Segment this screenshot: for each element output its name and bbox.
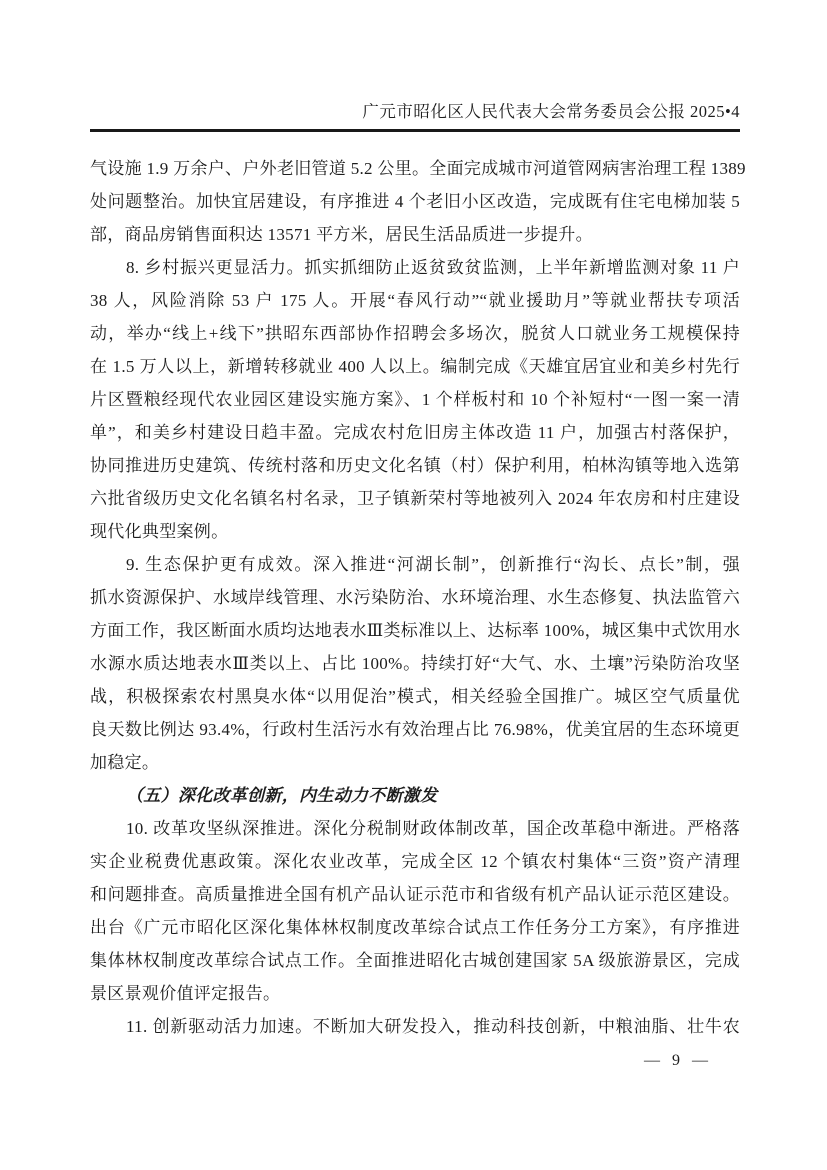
- document-body: 气设施 1.9 万余户、户外老旧管道 5.2 公里。全面完成城市河道管网病害治理…: [90, 152, 740, 1043]
- paragraph-line: 单”，和美乡村建设日趋丰盈。完成农村危旧房主体改造 11 户，加强古村落保护，: [90, 416, 740, 449]
- paragraph-line: 出台《广元市昭化区深化集体林权制度改革综合试点工作任务分工方案》，有序推进: [90, 911, 740, 944]
- paragraph-line: 集体林权制度改革综合试点工作。全面推进昭化古城创建国家 5A 级旅游景区，完成: [90, 944, 740, 977]
- paragraph-line: 景区景观价值评定报告。: [90, 977, 740, 1010]
- paragraph-line: 抓水资源保护、水域岸线管理、水污染防治、水环境治理、水生态修复、执法监管六: [90, 581, 740, 614]
- page-header: 广元市昭化区人民代表大会常务委员会公报 2025•4: [90, 0, 740, 132]
- paragraph-line: 现代化典型案例。: [90, 515, 740, 548]
- header-rule: [90, 129, 740, 132]
- paragraph-line: 气设施 1.9 万余户、户外老旧管道 5.2 公里。全面完成城市河道管网病害治理…: [90, 152, 740, 185]
- page-footer: — 9 —: [90, 1052, 740, 1070]
- paragraph-line: 11. 创新驱动活力加速。不断加大研发投入，推动科技创新，中粮油脂、壮牛农: [90, 1010, 740, 1043]
- paragraph-line: 水源水质达地表水Ⅲ类以上、占比 100%。持续打好“大气、水、土壤”污染防治攻坚: [90, 647, 740, 680]
- paragraph-line: 协同推进历史建筑、传统村落和历史文化名镇（村）保护利用，柏林沟镇等地入选第: [90, 449, 740, 482]
- paragraph-line: 8. 乡村振兴更显活力。抓实抓细防止返贫致贫监测，上半年新增监测对象 11 户: [90, 251, 740, 284]
- document-page: 广元市昭化区人民代表大会常务委员会公报 2025•4 气设施 1.9 万余户、户…: [0, 0, 827, 1170]
- paragraph-line: 处问题整治。加快宜居建设，有序推进 4 个老旧小区改造，完成既有住宅电梯加装 5: [90, 185, 740, 218]
- paragraph-line: 片区暨粮经现代农业园区建设实施方案》、1 个样板村和 10 个补短村“一图一案一…: [90, 383, 740, 416]
- section-heading-line: （五）深化改革创新，内生动力不断激发: [90, 779, 740, 812]
- paragraph-line: 战，积极探索农村黑臭水体“以用促治”模式，相关经验全国推广。城区空气质量优: [90, 680, 740, 713]
- page-number: — 9 —: [644, 1052, 712, 1070]
- paragraph-line: 和问题排查。高质量推进全国有机产品认证示范市和省级有机产品认证示范区建设。: [90, 878, 740, 911]
- paragraph-line: 38 人，风险消除 53 户 175 人。开展“春风行动”“就业援助月”等就业帮…: [90, 284, 740, 317]
- paragraph-line: 六批省级历史文化名镇名村名录，卫子镇新荣村等地被列入 2024 年农房和村庄建设: [90, 482, 740, 515]
- header-title: 广元市昭化区人民代表大会常务委员会公报 2025•4: [90, 101, 740, 123]
- paragraph-line: 10. 改革攻坚纵深推进。深化分税制财政体制改革，国企改革稳中渐进。严格落: [90, 812, 740, 845]
- paragraph-line: 部，商品房销售面积达 13571 平方米，居民生活品质进一步提升。: [90, 218, 740, 251]
- paragraph-line: 加稳定。: [90, 746, 740, 779]
- paragraph-line: 动，举办“线上+线下”拱昭东西部协作招聘会多场次，脱贫人口就业务工规模保持: [90, 317, 740, 350]
- paragraph-line: 方面工作，我区断面水质均达地表水Ⅲ类标准以上、达标率 100%，城区集中式饮用水: [90, 614, 740, 647]
- paragraph-line: 9. 生态保护更有成效。深入推进“河湖长制”，创新推行“沟长、点长”制，强: [90, 548, 740, 581]
- paragraph-line: 在 1.5 万人以上，新增转移就业 400 人以上。编制完成《天雄宜居宜业和美乡…: [90, 350, 740, 383]
- paragraph-line: 良天数比例达 93.4%，行政村生活污水有效治理占比 76.98%，优美宜居的生…: [90, 713, 740, 746]
- paragraph-line: 实企业税费优惠政策。深化农业改革，完成全区 12 个镇农村集体“三资”资产清理: [90, 845, 740, 878]
